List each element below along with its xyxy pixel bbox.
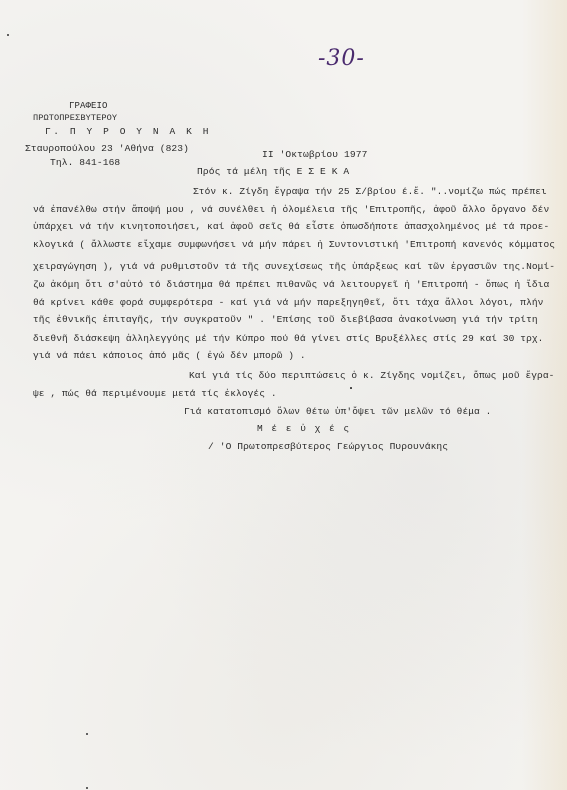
body-line: διεθνῆ διάσκεψη ἀλληλεγγύης μέ τήν Κύπρο… (33, 333, 543, 344)
scan-speck (86, 733, 88, 735)
body-line: ζω ἀκόμη ὅτι σ'αὐτό τό διάστημα θά πρέπε… (33, 279, 549, 290)
scan-speck (350, 387, 352, 389)
letterhead-address: Σταυροπούλου 23 'Αθήνα (823) (25, 143, 189, 154)
body-line: ὑπάρχει νά τήν κινητοποιήσει, καί ἀφοῦ σ… (33, 221, 549, 232)
body-line: νά ἐπανέλθω στήν ἄποψή μου , νά συνέλθει… (33, 204, 549, 215)
body-line: Γιά κατατοπισμό ὅλων θέτω ὑπ'ὄψει τῶν με… (184, 406, 491, 417)
signature-line: / 'Ο Πρωτοπρεσβύτερος Γεώργιος Πυρουνάκη… (208, 441, 448, 452)
letterhead-name: Γ. Π Υ Ρ Ο Υ Ν Α Κ Η (45, 126, 211, 137)
letterhead-phone: Τηλ. 841-168 (50, 157, 120, 168)
closing-greeting: Μ έ ε ὐ χ έ ς (257, 423, 351, 434)
scanned-letter-page: -30- ΓΡΑΦΕΙΟ ΠΡΩΤΟΠΡΕΣΒΥΤΕΡΟΥ Γ. Π Υ Ρ Ο… (0, 0, 567, 790)
body-line: χειραγώγηση ), γιά νά ρυθμιστοῦν τά τῆς … (33, 261, 555, 272)
letter-addressee: Πρός τά μέλη τῆς Ε Σ Ε Κ Α (197, 166, 349, 177)
body-line: τῆς ἐθνικῆς ἐπιταγῆς, τήν συγκρατοῦν " .… (33, 314, 538, 325)
letterhead-office: ΓΡΑΦΕΙΟ (69, 101, 108, 111)
scan-speck (86, 787, 88, 789)
handwritten-page-number: -30- (318, 46, 365, 71)
body-line: θά κρίνει κάθε φορά συμφερότερα - καί γι… (33, 297, 543, 308)
scan-speck (7, 34, 9, 36)
letter-date: II 'Οκτωβρίου 1977 (262, 149, 367, 160)
body-line: γιά νά πάει κάποιος ἀπό μᾶς ( ἐγώ δέν μπ… (33, 350, 306, 361)
body-line: κλογικά ( ἄλλωστε εἴχαμε συμφωνήσει νά μ… (33, 239, 555, 250)
body-line: ψε , πώς θά περιμένουμε μετά τίς ἐκλογές… (33, 388, 277, 399)
body-line: Καί γιά τίς δύο περιπτώσεις ὁ κ. Ζίγδης … (189, 370, 554, 381)
body-line: Στόν κ. Ζίγδη ἔγραψα τήν 25 Σ/βρίου έ.ἔ.… (193, 186, 547, 197)
letterhead-title: ΠΡΩΤΟΠΡΕΣΒΥΤΕΡΟΥ (33, 113, 117, 123)
